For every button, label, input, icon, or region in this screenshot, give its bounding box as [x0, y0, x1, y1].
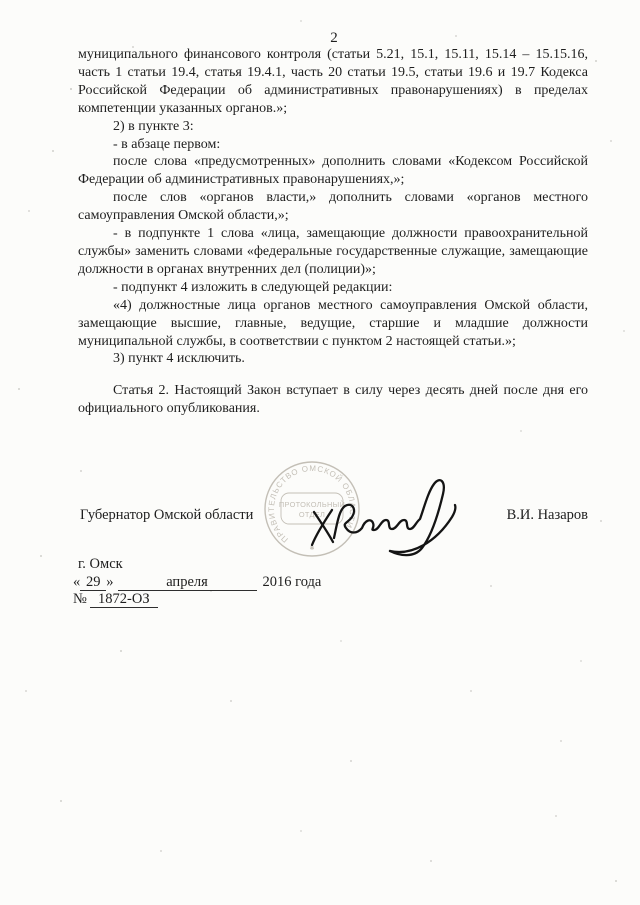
scanned-document-page: 2 муниципального финансового контроля (с…	[0, 0, 640, 905]
article-2-paragraph: Статья 2. Настоящий Закон вступает в сил…	[78, 382, 588, 418]
body-paragraph: «4) должностные лица органов местного са…	[78, 297, 588, 351]
stamp-center-text-line1: ПРОТОКОЛЬНЫЙ	[279, 500, 345, 509]
number-line: №1872-ОЗ	[73, 591, 321, 609]
body-paragraph: - подпункт 4 изложить в следующей редакц…	[78, 279, 588, 297]
body-paragraph: - в абзаце первом:	[78, 136, 588, 154]
scan-noise-speckles	[0, 0, 2, 2]
governor-name: В.И. Назаров	[507, 507, 588, 524]
stamp-and-signature-overlay: ПРАВИТЕЛЬСТВО ОМСКОЙ ОБЛАСТИ ПРОТОКОЛЬНЫ…	[240, 440, 470, 575]
open-quote: «	[73, 574, 80, 590]
body-paragraph: 3) пункт 4 исключить.	[78, 350, 588, 368]
body-paragraph: муниципального финансового контроля (ста…	[78, 46, 588, 118]
document-body: муниципального финансового контроля (ста…	[78, 46, 588, 418]
document-footer: г. Омск «29»апреля2016 года №1872-ОЗ	[73, 556, 321, 609]
governor-signature-scribble	[312, 480, 455, 555]
official-stamp: ПРАВИТЕЛЬСТВО ОМСКОЙ ОБЛАСТИ ПРОТОКОЛЬНЫ…	[265, 462, 359, 556]
stamp-center-text-line2: ОТДЕЛ	[299, 510, 325, 519]
close-quote: »	[106, 574, 113, 590]
city-label: г. Омск	[78, 556, 321, 574]
day-blank: 29	[80, 575, 106, 591]
month-blank: апреля	[118, 575, 257, 591]
date-line: «29»апреля2016 года	[73, 574, 321, 592]
page-number: 2	[80, 30, 588, 47]
body-paragraph: после слова «предусмотренных» дополнить …	[78, 153, 588, 189]
body-paragraph: после слов «органов власти,» дополнить с…	[78, 189, 588, 225]
numero-sign: №	[73, 591, 87, 607]
number-blank: 1872-ОЗ	[90, 592, 158, 608]
stamp-outer-ring	[265, 462, 359, 556]
governor-title: Губернатор Омской области	[80, 507, 253, 524]
body-paragraph: - в подпункте 1 слова «лица, замещающие …	[78, 225, 588, 279]
year-label: 2016 года	[263, 574, 322, 590]
body-paragraph: 2) в пункте 3:	[78, 118, 588, 136]
